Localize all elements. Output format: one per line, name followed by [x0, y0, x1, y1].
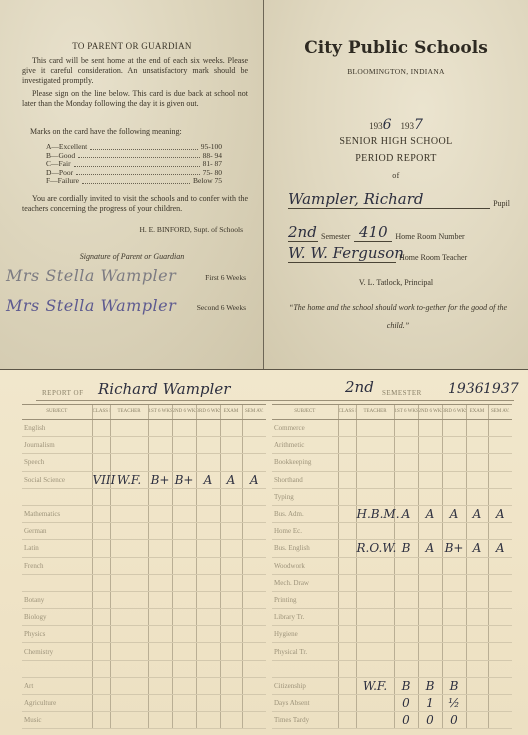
grade-cell	[466, 471, 488, 488]
grade-cell	[110, 488, 148, 505]
table-row: Music	[22, 712, 266, 729]
grade-cell: A	[220, 471, 242, 488]
grade-cell	[172, 574, 196, 591]
grade-cell: W.F.	[110, 471, 148, 488]
grade-cell	[110, 540, 148, 557]
grade-cell	[92, 523, 110, 540]
grade-cell	[92, 574, 110, 591]
grade-cell	[148, 609, 172, 626]
grade-cell	[488, 712, 512, 729]
grade-cell	[488, 471, 512, 488]
grade-cell	[92, 488, 110, 505]
grade-cell	[172, 420, 196, 437]
grade-cell	[466, 557, 488, 574]
grade-cell	[196, 437, 220, 454]
grade-cell	[92, 557, 110, 574]
grade-cell	[394, 660, 418, 677]
subject-cell: Days Absent	[272, 695, 338, 712]
subject-cell: English	[22, 420, 92, 437]
grade-cell	[466, 609, 488, 626]
grade-cell	[92, 660, 110, 677]
subject-cell: Citizenship	[272, 677, 338, 694]
grade-cell	[242, 488, 266, 505]
grade-cell	[172, 712, 196, 729]
grade-cell	[394, 454, 418, 471]
grade-cell	[394, 488, 418, 505]
table-row: Times Tardy000	[272, 712, 512, 729]
grade-cell	[172, 609, 196, 626]
grade-cell	[172, 523, 196, 540]
table-row: Library Tr.	[272, 609, 512, 626]
grade-cell	[110, 626, 148, 643]
grade-cell	[466, 420, 488, 437]
grade-cell	[442, 454, 466, 471]
grade-cell: 1	[418, 695, 442, 712]
grade-cell	[356, 523, 394, 540]
table-row: Home Ec.	[272, 523, 512, 540]
grade-cell	[338, 591, 356, 608]
subject-cell: Mech. Draw	[272, 574, 338, 591]
grade-cell	[242, 626, 266, 643]
subject-cell: Shorthand	[272, 471, 338, 488]
subject-cell: Woodwork	[272, 557, 338, 574]
table-row: Mech. Draw	[272, 574, 512, 591]
grade-cell	[442, 660, 466, 677]
grade-cell	[242, 643, 266, 660]
grade-cell: R.O.W.	[356, 540, 394, 557]
grade-cell	[418, 609, 442, 626]
grade-cell	[148, 540, 172, 557]
grade-cell	[92, 626, 110, 643]
subject-cell	[22, 574, 92, 591]
grade-cell	[442, 643, 466, 660]
subject-cell: Typing	[272, 488, 338, 505]
subject-cell: Physics	[22, 626, 92, 643]
grade-cell	[196, 712, 220, 729]
grade-cell	[418, 420, 442, 437]
grade-cell	[220, 420, 242, 437]
grade-cell	[196, 677, 220, 694]
grade-cell	[92, 643, 110, 660]
grade-cell: H.B.M.	[356, 505, 394, 522]
grade-cell	[92, 540, 110, 557]
grade-cell	[110, 660, 148, 677]
grade-cell	[488, 488, 512, 505]
grade-cell	[466, 660, 488, 677]
grade-cell	[488, 626, 512, 643]
grade-cell: A	[488, 505, 512, 522]
grade-cell	[110, 695, 148, 712]
grade-cell	[196, 609, 220, 626]
grade-cell	[394, 574, 418, 591]
table-row: Chemistry	[22, 643, 266, 660]
report-card-header: REPORT OF Richard Wampler 2nd SEMESTER 1…	[30, 384, 520, 402]
subject-cell: Library Tr.	[272, 609, 338, 626]
cover-panel: City Public Schools BLOOMINGTON, INDIANA…	[264, 0, 528, 369]
grade-cell	[220, 677, 242, 694]
grade-cell: A	[466, 505, 488, 522]
grade-cell	[220, 660, 242, 677]
grade-cell	[466, 523, 488, 540]
subject-cell: Times Tardy	[272, 712, 338, 729]
table-header: SUBJECT CLASS NO. TEACHER 1ST 6 WKS 2ND …	[272, 405, 512, 420]
grade-cell	[110, 677, 148, 694]
grade-cell	[488, 437, 512, 454]
grade-cell	[172, 591, 196, 608]
grade-cell: A	[488, 540, 512, 557]
grade-cell	[196, 488, 220, 505]
table-row: Biology	[22, 609, 266, 626]
grade-cell	[442, 609, 466, 626]
report-of-label: REPORT OF	[42, 389, 84, 397]
grade-cell	[488, 695, 512, 712]
grade-cell	[220, 626, 242, 643]
signature-first-six-weeks: Mrs Stella Wampler First 6 Weeks	[6, 266, 246, 285]
grade-cell	[172, 643, 196, 660]
table-row: Typing	[272, 488, 512, 505]
grade-cell	[220, 454, 242, 471]
subject-cell: Biology	[22, 609, 92, 626]
subject-cell: Speech	[22, 454, 92, 471]
grade-cell	[488, 523, 512, 540]
table-row: Art	[22, 677, 266, 694]
grades-table-right: SUBJECT CLASS NO. TEACHER 1ST 6 WKS 2ND …	[272, 404, 512, 729]
grade-cell	[356, 643, 394, 660]
grade-cell: 0	[418, 712, 442, 729]
grade-cell	[220, 540, 242, 557]
grade-cell	[172, 695, 196, 712]
grade-cell	[92, 420, 110, 437]
table-row: Shorthand	[272, 471, 512, 488]
grade-cell	[394, 420, 418, 437]
grade-cell	[148, 523, 172, 540]
grade-cell	[488, 574, 512, 591]
grade-cell	[220, 609, 242, 626]
grade-cell	[338, 505, 356, 522]
grade-cell	[242, 574, 266, 591]
grade-cell	[92, 677, 110, 694]
city-name: BLOOMINGTON, INDIANA	[264, 67, 528, 76]
table-row: Bus. Adm.H.B.M.AAAAA	[272, 505, 512, 522]
grade-cell	[338, 574, 356, 591]
subject-cell: Home Ec.	[272, 523, 338, 540]
grade-cell	[442, 591, 466, 608]
grade-cell	[148, 591, 172, 608]
grade-cell	[92, 454, 110, 471]
grade-cell	[418, 437, 442, 454]
grade-cell	[418, 454, 442, 471]
table-row: Hygiene	[272, 626, 512, 643]
grade-cell	[148, 505, 172, 522]
grade-cell	[220, 437, 242, 454]
table-row: Physics	[22, 626, 266, 643]
grade-cell	[488, 557, 512, 574]
subject-cell: Mathematics	[22, 505, 92, 522]
grade-cell	[466, 626, 488, 643]
grade-cell	[418, 557, 442, 574]
subject-cell: Music	[22, 712, 92, 729]
grade-cell	[418, 626, 442, 643]
grade-cell	[466, 712, 488, 729]
marks-intro: Marks on the card have the following mea…	[30, 127, 256, 137]
grade-cell	[196, 505, 220, 522]
subject-cell: Art	[22, 677, 92, 694]
grade-cell	[148, 574, 172, 591]
table-row	[22, 660, 266, 677]
grade-cell	[356, 609, 394, 626]
grade-row-f: F—FailureBelow 75	[46, 177, 222, 186]
grade-cell	[356, 626, 394, 643]
grade-cell	[148, 557, 172, 574]
grade-cell	[220, 712, 242, 729]
subject-cell	[272, 660, 338, 677]
grade-cell	[110, 523, 148, 540]
grade-cell	[338, 677, 356, 694]
grade-cell	[338, 660, 356, 677]
grade-cell	[394, 523, 418, 540]
grade-cell: W.F.	[356, 677, 394, 694]
signature-label: Signature of Parent or Guardian	[0, 252, 264, 261]
table-row: Days Absent01½	[272, 695, 512, 712]
homeroom-teacher-field: W. W. Ferguson Home Room Teacher	[288, 244, 510, 263]
table-row: German	[22, 523, 266, 540]
grade-cell	[220, 557, 242, 574]
grade-cell	[172, 488, 196, 505]
table-row: Bus. EnglishR.O.W.BAB+AA	[272, 540, 512, 557]
subject-cell: Agriculture	[22, 695, 92, 712]
grade-cell	[110, 591, 148, 608]
grade-cell	[92, 591, 110, 608]
grade-cell	[338, 712, 356, 729]
grade-cell: B+	[442, 540, 466, 557]
grade-cell	[338, 437, 356, 454]
grade-cell: B+	[172, 471, 196, 488]
grade-cell	[172, 540, 196, 557]
grade-cell: B	[418, 677, 442, 694]
grade-cell	[356, 574, 394, 591]
pupil-field: Wampler, Richard Pupil	[288, 190, 510, 209]
grade-cell	[418, 523, 442, 540]
grade-cell	[338, 643, 356, 660]
principal-name: V. L. Tatlock, Principal	[264, 278, 528, 287]
grade-cell	[148, 643, 172, 660]
table-row: Journalism	[22, 437, 266, 454]
grade-cell	[242, 677, 266, 694]
table-row: Woodwork	[272, 557, 512, 574]
grade-cell	[196, 454, 220, 471]
grade-cell	[356, 591, 394, 608]
grade-cell	[242, 557, 266, 574]
grade-cell	[394, 437, 418, 454]
grade-cell	[110, 420, 148, 437]
table-row: Botany	[22, 591, 266, 608]
subject-cell: Journalism	[22, 437, 92, 454]
grade-cell	[110, 609, 148, 626]
grade-cell	[488, 420, 512, 437]
grade-cell	[110, 454, 148, 471]
grade-cell	[196, 523, 220, 540]
grade-cell	[488, 609, 512, 626]
grade-cell: A	[466, 540, 488, 557]
grade-cell	[394, 643, 418, 660]
grade-cell	[220, 643, 242, 660]
grade-cell	[442, 471, 466, 488]
grade-cell	[148, 454, 172, 471]
invitation-paragraph: You are cordially invited to visit the s…	[22, 194, 248, 214]
subject-cell: Botany	[22, 591, 92, 608]
grade-cell: A	[196, 471, 220, 488]
subject-cell: Arithmetic	[272, 437, 338, 454]
grade-cell	[110, 574, 148, 591]
grade-cell	[488, 660, 512, 677]
grade-cell	[196, 695, 220, 712]
grade-cell	[148, 712, 172, 729]
grade-cell	[418, 488, 442, 505]
grade-cell	[338, 557, 356, 574]
grade-cell	[242, 712, 266, 729]
grade-cell	[394, 609, 418, 626]
table-header: SUBJECT CLASS NO. TEACHER 1ST 6 WKS 2ND …	[22, 405, 266, 420]
grading-scale: A—Excellent95-100 B—Good88- 94 C—Fair81-…	[46, 143, 222, 186]
grade-cell	[466, 437, 488, 454]
grade-cell: B	[442, 677, 466, 694]
grade-cell	[220, 574, 242, 591]
motto-quote: “The home and the school should work to-…	[288, 299, 508, 335]
grade-cell	[220, 523, 242, 540]
grade-cell	[148, 488, 172, 505]
report-type: PERIOD REPORT	[264, 153, 528, 164]
subject-cell: Bus. Adm.	[272, 505, 338, 522]
grade-cell	[356, 420, 394, 437]
grade-cell	[196, 574, 220, 591]
grade-cell	[220, 505, 242, 522]
grade-cell	[196, 591, 220, 608]
grade-cell: 0	[442, 712, 466, 729]
grade-cell	[338, 626, 356, 643]
grade-cell	[356, 660, 394, 677]
parent-guardian-title: TO PARENT OR GUARDIAN	[0, 41, 264, 51]
table-row: Latin	[22, 540, 266, 557]
grade-cell	[172, 557, 196, 574]
grade-cell	[394, 626, 418, 643]
table-row: Social ScienceVIIIW.F.B+B+AAA	[22, 471, 266, 488]
grade-cell	[418, 591, 442, 608]
grade-cell	[488, 643, 512, 660]
grade-cell	[242, 505, 266, 522]
grade-cell: 0	[394, 695, 418, 712]
grade-cell	[92, 712, 110, 729]
grade-cell	[172, 454, 196, 471]
grade-cell	[172, 677, 196, 694]
semester-room-field: 2nd Semester 410 Home Room Number	[288, 223, 510, 242]
grade-cell	[356, 437, 394, 454]
semester-label: SEMESTER	[382, 389, 422, 397]
grade-cell	[338, 471, 356, 488]
grade-cell	[356, 557, 394, 574]
grade-cell	[418, 660, 442, 677]
table-row	[22, 488, 266, 505]
grade-cell	[442, 557, 466, 574]
grade-cell	[466, 488, 488, 505]
grade-cell	[394, 471, 418, 488]
grade-cell: 0	[394, 712, 418, 729]
grade-cell	[172, 437, 196, 454]
grade-cell	[442, 420, 466, 437]
parent-guardian-panel: TO PARENT OR GUARDIAN This card will be …	[0, 0, 264, 369]
grade-cell	[242, 420, 266, 437]
grade-cell	[148, 437, 172, 454]
grade-row-b: B—Good88- 94	[46, 152, 222, 161]
notice-paragraph: This card will be sent home at the end o…	[22, 56, 248, 86]
table-row	[22, 574, 266, 591]
grade-cell: B	[394, 677, 418, 694]
subject-cell: French	[22, 557, 92, 574]
table-row: Mathematics	[22, 505, 266, 522]
grade-cell	[172, 660, 196, 677]
grade-cell	[92, 437, 110, 454]
grade-cell	[196, 660, 220, 677]
grade-cell	[220, 591, 242, 608]
subject-cell: Bookkeeping	[272, 454, 338, 471]
grade-cell	[110, 557, 148, 574]
table-row: Speech	[22, 454, 266, 471]
grade-cell	[242, 523, 266, 540]
subject-cell	[22, 488, 92, 505]
grade-cell	[338, 609, 356, 626]
subject-cell: Hygiene	[272, 626, 338, 643]
grade-cell	[196, 626, 220, 643]
table-row: French	[22, 557, 266, 574]
grade-cell	[92, 695, 110, 712]
grade-cell	[442, 626, 466, 643]
grade-cell	[442, 523, 466, 540]
grade-cell	[148, 626, 172, 643]
grade-cell	[110, 643, 148, 660]
table-row: Printing	[272, 591, 512, 608]
subject-cell: Latin	[22, 540, 92, 557]
grade-cell	[488, 677, 512, 694]
grade-cell	[172, 626, 196, 643]
year-end: 1937	[483, 381, 519, 397]
grade-cell	[242, 540, 266, 557]
grade-cell	[92, 609, 110, 626]
subject-cell: Commerce	[272, 420, 338, 437]
grade-cell	[356, 471, 394, 488]
table-row: Arithmetic	[272, 437, 512, 454]
grade-cell: B	[394, 540, 418, 557]
grade-cell	[196, 540, 220, 557]
table-row	[272, 660, 512, 677]
of-label: of	[264, 171, 528, 180]
grade-cell	[110, 712, 148, 729]
grade-cell	[466, 677, 488, 694]
grade-cell: VIII	[92, 471, 110, 488]
grade-cell	[220, 488, 242, 505]
grade-cell	[442, 437, 466, 454]
return-instructions: Please sign on the line below. This card…	[22, 89, 248, 109]
grade-cell	[148, 420, 172, 437]
grade-cell	[418, 471, 442, 488]
school-level: SENIOR HIGH SCHOOL	[264, 136, 528, 147]
superintendent-name: H. E. BINFORD, Supt. of Schools	[139, 225, 243, 234]
grade-cell	[466, 591, 488, 608]
school-years: 1936 1937	[264, 117, 528, 133]
grade-cell: A	[418, 540, 442, 557]
subject-cell: Printing	[272, 591, 338, 608]
grade-cell	[442, 488, 466, 505]
year-start: 1936	[448, 381, 484, 397]
grade-cell	[92, 505, 110, 522]
